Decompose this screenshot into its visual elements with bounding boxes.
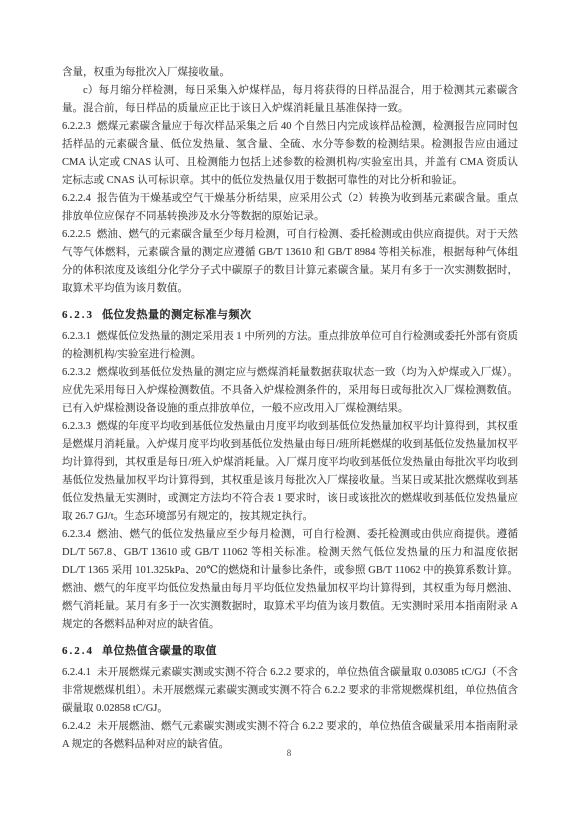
paragraph-text: 含量，权重为每批次入厂煤接收量。 (62, 67, 230, 78)
paragraph: 6.2.3.1燃煤低位发热量的测定采用表 1 中所列的方法。重点排放单位可自行检… (62, 328, 518, 364)
paragraph: 6.2.2.3燃煤元素碳含量应于每次样品采集之后 40 个自然日内完成该样品检测… (62, 118, 518, 190)
paragraph-text: 报告值为干燥基或空气干燥基分析结果，应采用公式（2）转换为收到基元素碳含量。重点… (62, 193, 518, 222)
paragraph-number: 6.2.3.2 (62, 367, 91, 378)
section-heading-number: 6.2.3 (62, 309, 94, 321)
section-heading-title: 单位热值含碳量的取值 (102, 645, 217, 657)
paragraph-text: 燃煤收到基低位发热量的测定应与燃煤消耗量数据获取状态一致（均为入炉煤或入厂煤）。… (62, 367, 518, 414)
section-heading-title: 低位发热量的测定标准与频次 (102, 309, 252, 321)
paragraph: 6.2.3.2燃煤收到基低位发热量的测定应与燃煤消耗量数据获取状态一致（均为入炉… (62, 364, 518, 418)
paragraph-text: 燃油、燃气的低位发热量应至少每月检测，可自行检测、委托检测或由供应商提供。遵循 … (62, 529, 518, 630)
paragraph-continuation: 含量，权重为每批次入厂煤接收量。 (62, 64, 518, 82)
paragraph-number: 6.2.3.3 (62, 421, 91, 432)
paragraph-text: c）每月缩分样检测，每日采集入炉煤样品，每月将获得的日样品混合，用于检测其元素碳… (62, 85, 518, 114)
paragraph-text: 燃煤低位发热量的测定采用表 1 中所列的方法。重点排放单位可自行检测或委托外部有… (62, 331, 518, 360)
paragraph-text: 未开展燃煤元素碳实测或实测不符合 6.2.2 要求的，单位热值含碳量取 0.03… (62, 667, 518, 714)
paragraph-number: 6.2.3.1 (62, 331, 91, 342)
paragraph-number: 6.2.4.1 (62, 667, 91, 678)
page-number: 8 (0, 748, 578, 758)
paragraph-text: 燃油、燃气的元素碳含量至少每月检测，可自行检测、委托检测或由供应商提供。对于天然… (62, 229, 518, 294)
paragraph-text: 燃煤的年度平均收到基低位发热量由月度平均收到基低位发热量加权平均计算得到，其权重… (62, 421, 518, 522)
paragraph-number: 6.2.4.2 (62, 721, 91, 732)
paragraph: 6.2.4.1未开展燃煤元素碳实测或实测不符合 6.2.2 要求的，单位热值含碳… (62, 664, 518, 718)
paragraph-number: 6.2.3.4 (62, 529, 91, 540)
paragraph: 6.2.2.4报告值为干燥基或空气干燥基分析结果，应采用公式（2）转换为收到基元… (62, 190, 518, 226)
paragraph: 6.2.3.3燃煤的年度平均收到基低位发热量由月度平均收到基低位发热量加权平均计… (62, 418, 518, 526)
list-item: c）每月缩分样检测，每日采集入炉煤样品，每月将获得的日样品混合，用于检测其元素碳… (62, 82, 518, 118)
paragraph-number: 6.2.2.5 (62, 229, 91, 240)
paragraph-number: 6.2.2.3 (62, 121, 91, 132)
paragraph: 6.2.2.5燃油、燃气的元素碳含量至少每月检测，可自行检测、委托检测或由供应商… (62, 226, 518, 298)
document-page: 含量，权重为每批次入厂煤接收量。c）每月缩分样检测，每日采集入炉煤样品，每月将获… (0, 0, 578, 818)
section-heading-number: 6.2.4 (62, 645, 94, 657)
paragraph: 6.2.3.4燃油、燃气的低位发热量应至少每月检测，可自行检测、委托检测或由供应… (62, 526, 518, 634)
section-heading: 6.2.4单位热值含碳量的取值 (62, 642, 518, 660)
paragraph-number: 6.2.2.4 (62, 193, 91, 204)
document-content: 含量，权重为每批次入厂煤接收量。c）每月缩分样检测，每日采集入炉煤样品，每月将获… (62, 64, 518, 754)
paragraph-text: 燃煤元素碳含量应于每次样品采集之后 40 个自然日内完成该样品检测，检测报告应同… (62, 121, 518, 186)
section-heading: 6.2.3低位发热量的测定标准与频次 (62, 306, 518, 324)
paragraph-text: 未开展燃油、燃气元素碳实测或实测不符合 6.2.2 要求的，单位热值含碳量采用本… (62, 721, 518, 750)
